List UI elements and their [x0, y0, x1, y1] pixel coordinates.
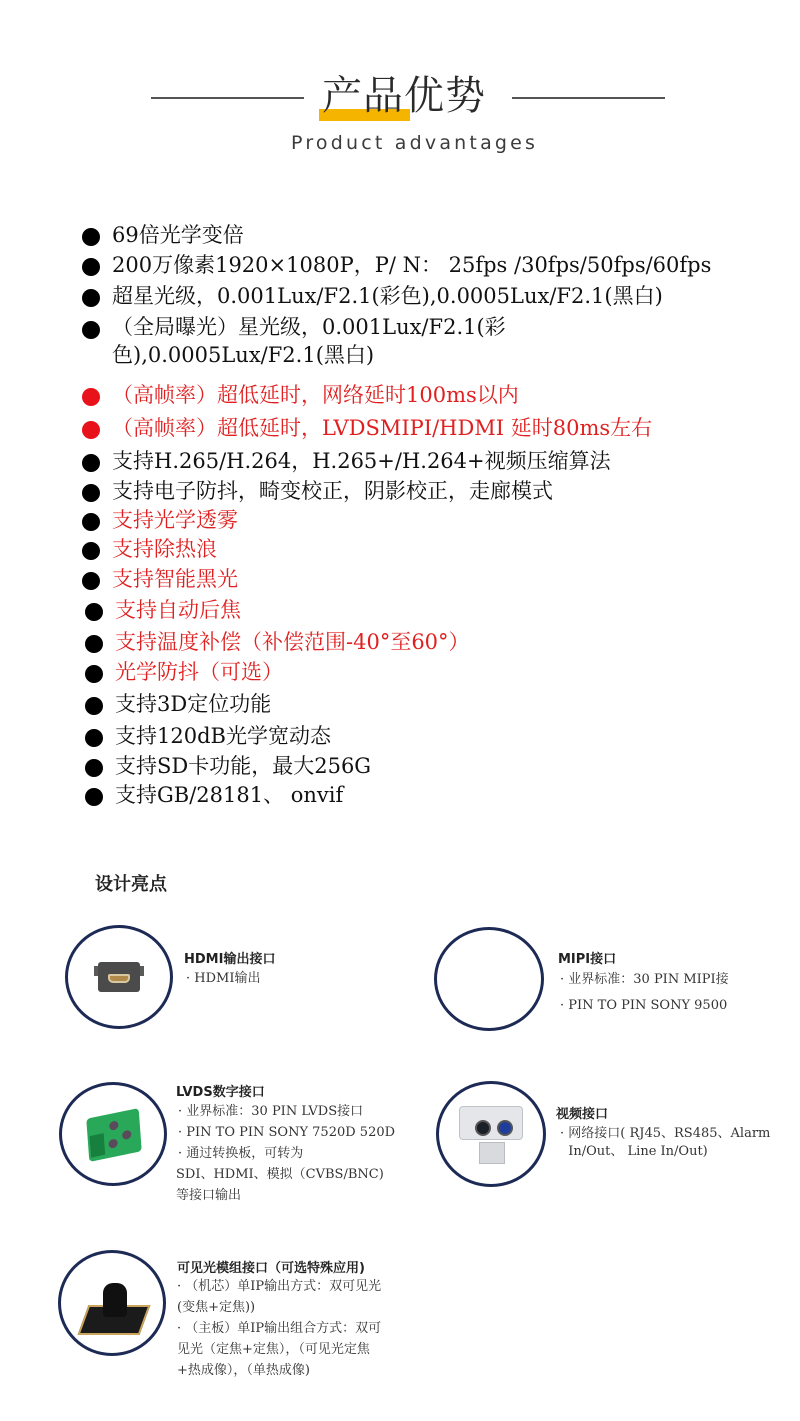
bullet-icon [82, 572, 100, 590]
hdmi-port-icon [94, 962, 144, 992]
bullet-icon [82, 321, 100, 339]
bullet-red-icon [82, 421, 100, 439]
header-divider-left [151, 97, 304, 99]
bullet-icon [82, 454, 100, 472]
bullet-icon [85, 635, 103, 653]
bullet-red-icon [82, 388, 100, 406]
video-card-title: 视频接口 [556, 1103, 608, 1122]
mipi-card-details: · 业界标准：30 PIN MIPI接 · PIN TO PIN SONY 95… [560, 969, 729, 1016]
mipi-card-title: MIPI接口 [558, 948, 616, 967]
dual-camera-icon [457, 1102, 527, 1164]
lvds-card-image [59, 1082, 167, 1186]
page-title: 产品优势 [322, 70, 486, 122]
video-card-image [436, 1081, 546, 1187]
hdmi-card-image [65, 925, 173, 1029]
lvds-card-title: LVDS数字接口 [176, 1081, 265, 1100]
mipi-card-image [434, 927, 544, 1031]
bullet-icon [82, 289, 100, 307]
header-divider-right [512, 97, 665, 99]
bullet-icon [82, 542, 100, 560]
section-title: 设计亮点 [95, 870, 167, 896]
hdmi-card-details: · HDMI输出 [186, 968, 260, 989]
module-card-details: · （机芯）单IP输出方式：双可见光 (变焦+定焦)) · （主板）单IP输出组… [177, 1276, 381, 1381]
video-card-details: · 网络接口( RJ45、RS485、Alarm In/Out、 Line In… [560, 1125, 770, 1161]
hdmi-card-title: HDMI输出接口 [184, 948, 275, 967]
bullet-icon [82, 258, 100, 276]
bullet-icon [85, 788, 103, 806]
module-card-image [58, 1250, 166, 1356]
bullet-icon [85, 697, 103, 715]
bullet-icon [85, 665, 103, 683]
camera-module-icon [83, 1283, 147, 1339]
bullet-icon [85, 603, 103, 621]
bullet-icon [85, 759, 103, 777]
lvds-card-details: · 业界标准：30 PIN LVDS接口 · PIN TO PIN SONY 7… [178, 1101, 395, 1206]
module-card-title: 可见光模组接口（可选特殊应用) [177, 1257, 365, 1276]
bullet-icon [82, 228, 100, 246]
lvds-board-icon [86, 1108, 141, 1162]
page-subtitle: Product advantages [291, 132, 538, 154]
bullet-icon [85, 729, 103, 747]
bullet-icon [82, 484, 100, 502]
bullet-icon [82, 513, 100, 531]
